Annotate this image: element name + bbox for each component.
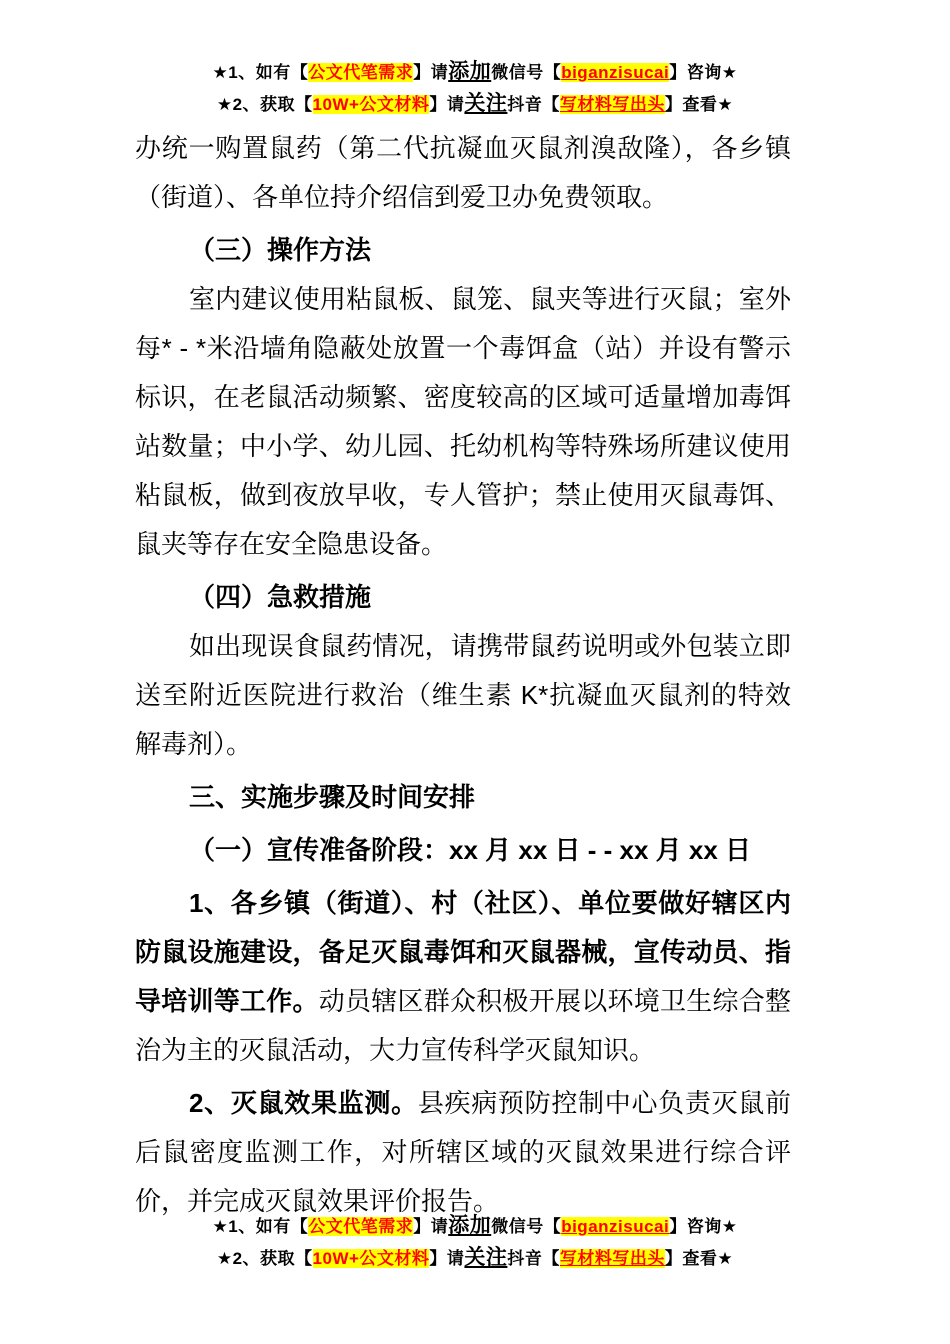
promo-text: 微信号【	[491, 63, 561, 82]
paragraph-text: 室内建议使用粘鼠板、鼠笼、鼠夹等进行灭鼠；室外每* - *米沿墙角隐蔽处放置一个…	[135, 284, 791, 559]
underlined-action: 添加	[448, 60, 491, 83]
promo-banner-bottom: ★1、如有【公文代笔需求】请添加微信号【biganzisucai】咨询★ ★2、…	[0, 1210, 950, 1274]
paragraph-item-2: 2、灭鼠效果监测。县疾病预防控制中心负责灭鼠前后鼠密度监测工作，对所辖区域的灭鼠…	[135, 1079, 791, 1226]
paragraph-first-aid: 如出现误食鼠药情况，请携带鼠药说明或外包装立即送至附近医院进行救治（维生素 K*…	[135, 622, 791, 769]
heading-text: （一）宣传准备阶段：xx 月 xx 日 - - xx 月 xx 日	[189, 835, 751, 865]
underlined-action: 关注	[464, 92, 507, 115]
promo-text: ★2、获取【	[217, 95, 313, 114]
paragraph-operation-method: 室内建议使用粘鼠板、鼠笼、鼠夹等进行灭鼠；室外每* - *米沿墙角隐蔽处放置一个…	[135, 275, 791, 569]
heading-text: （三）操作方法	[189, 235, 371, 265]
underlined-action: 关注	[464, 1246, 507, 1269]
section-heading-first-aid: （四）急救措施	[135, 573, 791, 622]
section-heading-operation-method: （三）操作方法	[135, 226, 791, 275]
paragraph-text: 办统一购置鼠药（第二代抗凝血灭鼠剂溴敌隆），各乡镇（街道）、各单位持介绍信到爱卫…	[135, 133, 791, 212]
promo-text: 抖音【	[507, 95, 560, 114]
section-heading-implementation-steps: 三、实施步骤及时间安排	[135, 773, 791, 822]
paragraph-continuation: 办统一购置鼠药（第二代抗凝血灭鼠剂溴敌隆），各乡镇（街道）、各单位持介绍信到爱卫…	[135, 124, 791, 222]
promo-text: 】请	[429, 1249, 464, 1268]
highlighted-keyword: 10W+公文材料	[313, 95, 430, 114]
promo-text: ★1、如有【	[213, 63, 309, 82]
highlighted-account: 写材料写出头	[560, 1249, 665, 1268]
highlighted-keyword: 10W+公文材料	[313, 1249, 430, 1268]
heading-text: （四）急救措施	[189, 582, 371, 612]
promo-text: 】咨询★	[669, 63, 737, 82]
highlighted-account: biganzisucai	[561, 1217, 669, 1236]
promo-text: 】咨询★	[669, 1217, 737, 1236]
paragraph-item-1: 1、各乡镇（街道）、村（社区）、单位要做好辖区内防鼠设施建设，备足灭鼠毒饵和灭鼠…	[135, 879, 791, 1075]
heading-text: 三、实施步骤及时间安排	[189, 782, 475, 812]
highlighted-keyword: 公文代笔需求	[308, 63, 413, 82]
promo-text: 】请	[413, 1217, 448, 1236]
document-body: 办统一购置鼠药（第二代抗凝血灭鼠剂溴敌隆），各乡镇（街道）、各单位持介绍信到爱卫…	[135, 124, 791, 1226]
promo-line-2: ★2、获取【10W+公文材料】请关注抖音【写材料写出头】查看★	[0, 1242, 950, 1274]
promo-text: 抖音【	[507, 1249, 560, 1268]
promo-text: 微信号【	[491, 1217, 561, 1236]
promo-text: 】请	[429, 95, 464, 114]
document-page: ★1、如有【公文代笔需求】请添加微信号【biganzisucai】咨询★ ★2、…	[0, 0, 950, 1344]
promo-text: 】请	[413, 63, 448, 82]
promo-line-1: ★1、如有【公文代笔需求】请添加微信号【biganzisucai】咨询★	[0, 56, 950, 88]
promo-text: 】查看★	[665, 95, 733, 114]
promo-text: ★1、如有【	[213, 1217, 309, 1236]
highlighted-account: biganzisucai	[561, 63, 669, 82]
promo-banner-top: ★1、如有【公文代笔需求】请添加微信号【biganzisucai】咨询★ ★2、…	[0, 56, 950, 120]
section-heading-preparation-phase: （一）宣传准备阶段：xx 月 xx 日 - - xx 月 xx 日	[135, 826, 791, 875]
highlighted-keyword: 公文代笔需求	[308, 1217, 413, 1236]
paragraph-text: 如出现误食鼠药情况，请携带鼠药说明或外包装立即送至附近医院进行救治（维生素 K*…	[135, 631, 791, 759]
underlined-action: 添加	[448, 1214, 491, 1237]
highlighted-account: 写材料写出头	[560, 95, 665, 114]
promo-text: 】查看★	[665, 1249, 733, 1268]
promo-text: ★2、获取【	[217, 1249, 313, 1268]
paragraph-bold-text: 2、灭鼠效果监测。	[189, 1088, 418, 1118]
promo-line-1: ★1、如有【公文代笔需求】请添加微信号【biganzisucai】咨询★	[0, 1210, 950, 1242]
promo-line-2: ★2、获取【10W+公文材料】请关注抖音【写材料写出头】查看★	[0, 88, 950, 120]
